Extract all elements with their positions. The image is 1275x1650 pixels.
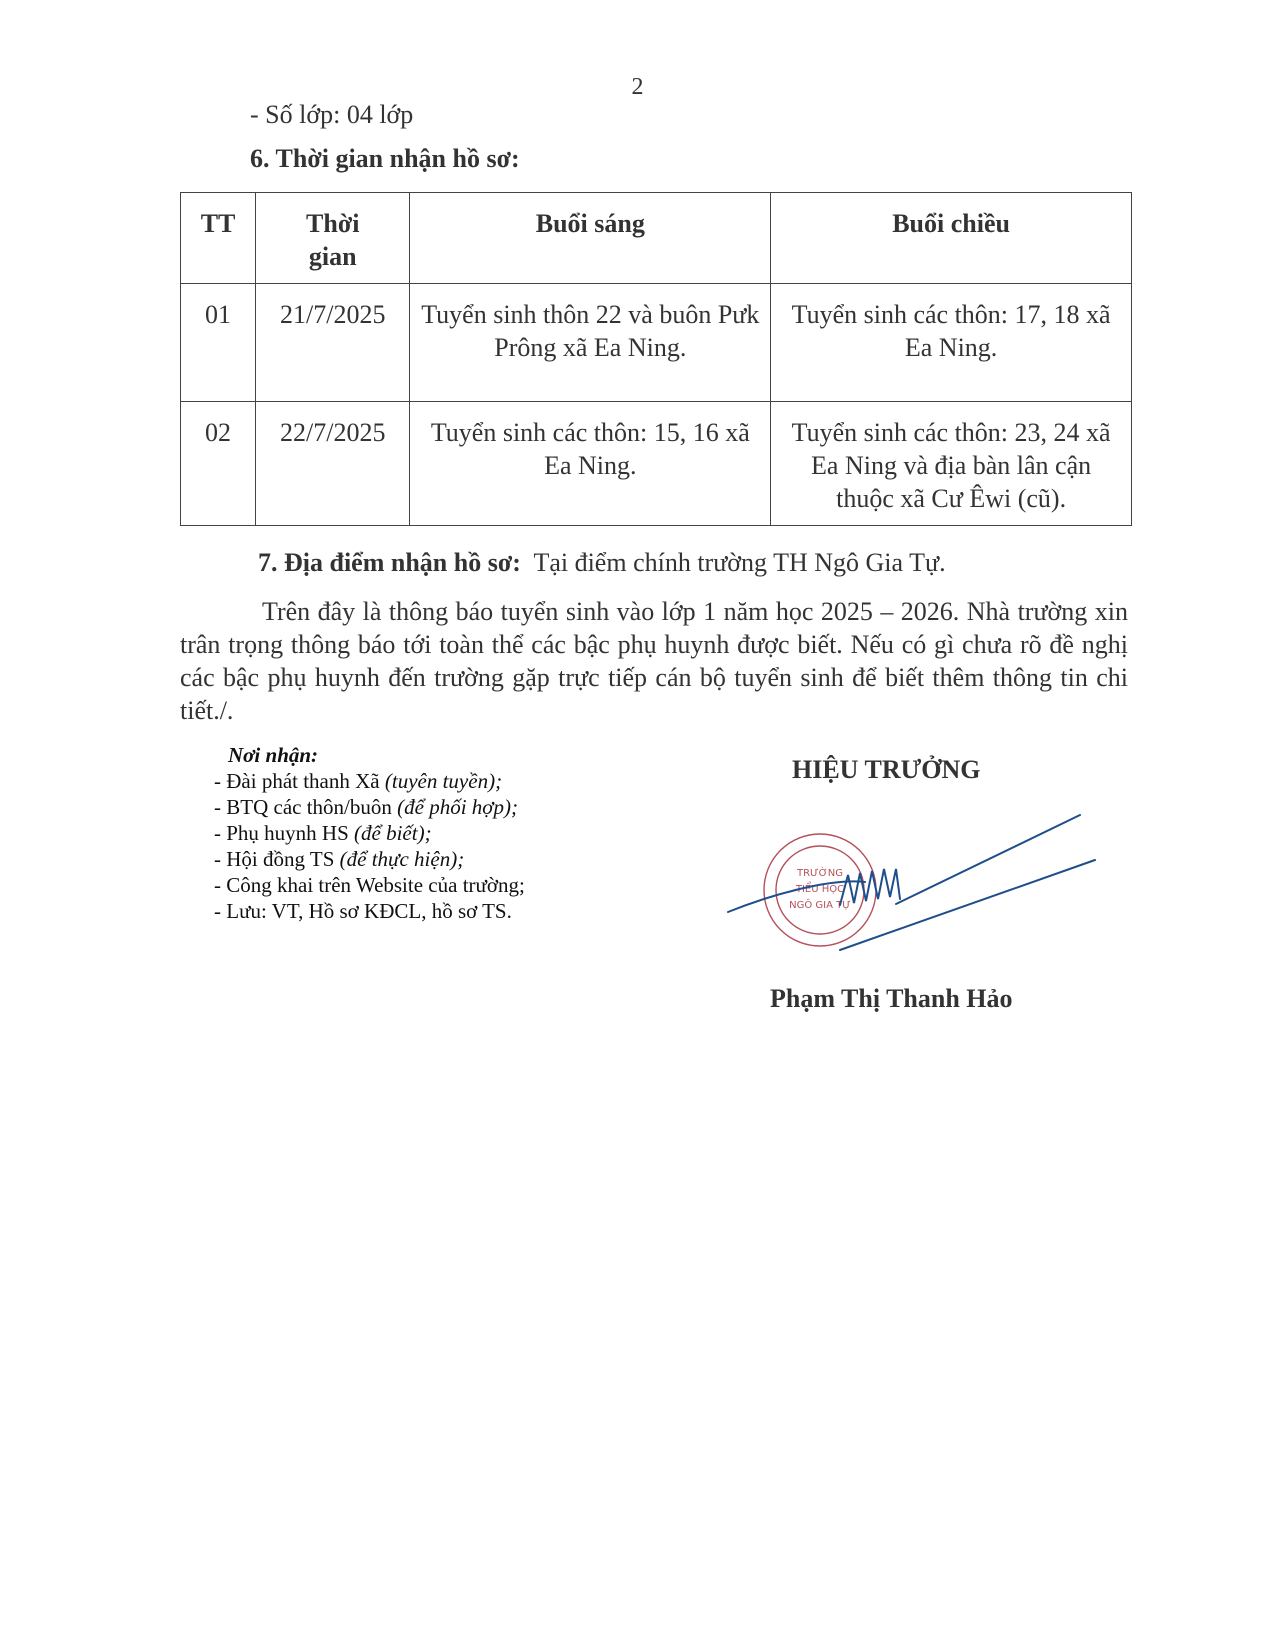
closing-paragraph-text: Trên đây là thông báo tuyển sinh vào lớp… [180,597,1128,725]
svg-text:TRƯỜNG: TRƯỜNG [796,866,843,879]
recipient-item: - Đài phát thanh Xã (tuyên tuyền); [214,768,525,794]
cell-date: 22/7/2025 [256,402,410,526]
section-7-text: Tại điểm chính trường TH Ngô Gia Tự. [533,548,945,577]
header-time: Thời gian [256,193,410,284]
header-morning: Buổi sáng [410,193,771,284]
cell-morning: Tuyển sinh các thôn: 15, 16 xã Ea Ning. [410,402,771,526]
section-6-heading: 6. Thời gian nhận hồ sơ: [250,144,520,174]
header-time-line1: Thời [306,209,359,238]
cell-tt: 02 [181,402,256,526]
cell-afternoon: Tuyển sinh các thôn: 17, 18 xã Ea Ning. [771,284,1132,402]
table-header-row: TT Thời gian Buổi sáng Buổi chiều [181,193,1132,284]
table-row: 02 22/7/2025 Tuyển sinh các thôn: 15, 16… [181,402,1132,526]
section-7-heading: 7. Địa điểm nhận hồ sơ: [258,548,521,577]
closing-paragraph: Trên đây là thông báo tuyển sinh vào lớp… [180,595,1128,727]
recipient-item: - Hội đồng TS (để thực hiện); [214,846,525,872]
stamp-signature-icon: TRƯỜNG TIỂU HỌC NGÔ GIA TỰ [720,800,1120,970]
recipient-item: - Lưu: VT, Hồ sơ KĐCL, hồ sơ TS. [214,898,525,924]
header-afternoon: Buổi chiều [771,193,1132,284]
recipient-item: - Công khai trên Website của trường; [214,872,525,898]
cell-morning: Tuyển sinh thôn 22 và buôn Pưk Prông xã … [410,284,771,402]
recipients-block: Nơi nhận: - Đài phát thanh Xã (tuyên tuy… [214,742,525,924]
cell-tt: 01 [181,284,256,402]
page-number: 2 [0,74,1275,101]
cell-afternoon: Tuyển sinh các thôn: 23, 24 xã Ea Ning v… [771,402,1132,526]
signer-name: Phạm Thị Thanh Hảo [770,984,1013,1014]
table-row: 01 21/7/2025 Tuyển sinh thôn 22 và buôn … [181,284,1132,402]
schedule-table: TT Thời gian Buổi sáng Buổi chiều 01 21/… [180,192,1132,526]
section-7: 7. Địa điểm nhận hồ sơ: Tại điểm chính t… [258,548,946,578]
recipients-title: Nơi nhận: [214,742,525,768]
signer-title: HIỆU TRƯỞNG [792,755,981,785]
class-count-line: - Số lớp: 04 lớp [250,100,413,130]
recipient-item: - BTQ các thôn/buôn (để phối hợp); [214,794,525,820]
recipient-item: - Phụ huynh HS (để biết); [214,820,525,846]
header-tt: TT [181,193,256,284]
cell-date: 21/7/2025 [256,284,410,402]
header-time-line2: gian [309,242,357,271]
